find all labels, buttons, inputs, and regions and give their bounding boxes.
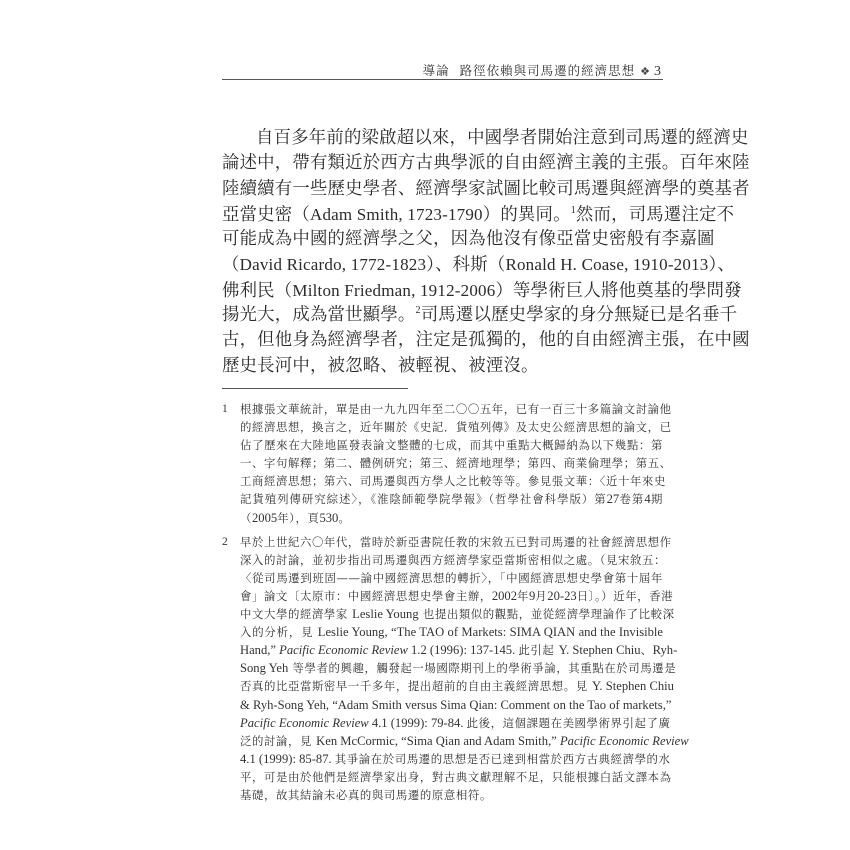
body-line: 陸續續有一些歷史學者、經濟學家試圖比較司馬遷與經濟學的奠基者	[222, 177, 663, 202]
footnote-line: Hand,” Pacific Economic Review 1.2 (1996…	[240, 641, 663, 659]
footnote-line: 中文大學的經濟學家 Leslie Young 也提出類似的觀點，並從經濟學理論作…	[240, 605, 663, 623]
footnote-divider	[222, 388, 408, 389]
footnote-line: 4.1 (1999): 85-87. 其爭論在於司馬遷的思想是否已達到相當於西方…	[240, 750, 663, 768]
footnote-number: 1	[222, 400, 228, 418]
body-line: 佛利民（Milton Friedman, 1912-2006）等學術巨人將他奠基…	[222, 278, 663, 303]
footnote-line: 早於上世紀六〇年代，當時於新亞書院任教的宋敘五已對司馬遷的社會經濟思想作	[240, 533, 663, 551]
section-label: 導論	[423, 63, 450, 78]
chapter-title: 路徑依賴與司馬遷的經濟思想	[460, 63, 636, 78]
footnote-line: 工商經濟思想；第六、司馬遷與西方學人之比較等等。參見張文華：〈近十年來史	[240, 472, 663, 490]
footnote-1: 1 根據張文華統計，單是由一九九四年至二〇〇五年，已有一百三十多篇論文討論他 的…	[222, 400, 663, 527]
footnote-line: 泛的討論，見 Ken McCormic, “Sima Qian and Adam…	[240, 732, 663, 750]
body-line: 歷史長河中，被忽略、被輕視、被湮沒。	[222, 354, 663, 379]
body-line: 古，但他身為經濟學者，注定是孤獨的，他的自由經濟主張，在中國	[222, 328, 663, 353]
body-line: 論述中，帶有類近於西方古典學派的自由經濟主義的主張。百年來陸	[222, 151, 663, 176]
footnote-line: 否真的比亞當斯密早一千多年，提出超前的自由主義經濟思想。見 Y. Stephen…	[240, 677, 663, 695]
footnote-line: 根據張文華統計，單是由一九九四年至二〇〇五年，已有一百三十多篇論文討論他	[240, 400, 663, 418]
footnote-line: 會」論文〔太原市：中國經濟思想史學會主辦，2002年9月20-23日〕。）近年，…	[240, 587, 663, 605]
body-line: 揚光大，成為當世顯學。2司馬遷以歷史學家的身分無疑已是名垂千	[222, 303, 663, 328]
footnote-line: （2005年），頁530。	[240, 509, 663, 527]
header-rule	[222, 79, 663, 80]
footnote-2: 2 早於上世紀六〇年代，當時於新亞書院任教的宋敘五已對司馬遷的社會經濟思想作 深…	[222, 533, 663, 804]
footnote-line: 深入的討論，並初步指出司馬遷與西方經濟學家亞當斯密相似之處。（見宋敘五：	[240, 551, 663, 569]
body-line: （David Ricardo, 1772-1823）、科斯（Ronald H. …	[222, 252, 663, 277]
footnote-line: 一、字句解釋；第二、體例研究；第三、經濟地理學；第四、商業倫理學；第五、	[240, 454, 663, 472]
footnote-line: 入的分析，見 Leslie Young, “The TAO of Markets…	[240, 623, 663, 641]
footnote-line: 基礎，故其結論未必真的與司馬遷的原意相符。	[240, 786, 663, 804]
footnote-line: Song Yeh 等學者的興趣，觸發起一場國際期刊上的學術爭論，其重點在於司馬遷…	[240, 659, 663, 677]
book-page: 導論路徑依賴與司馬遷的經濟思想❖3 自百多年前的梁啟超以來，中國學者開始注意到司…	[0, 0, 850, 850]
running-head: 導論路徑依賴與司馬遷的經濟思想❖3	[222, 61, 662, 77]
body-line: 自百多年前的梁啟超以來，中國學者開始注意到司馬遷的經濟史	[222, 126, 663, 151]
footnote-line: 記貨殖列傳研究綜述〉，《淮陰師範學院學報》（哲學社會科學版）第27卷第4期	[240, 490, 663, 508]
footnote-line: 平，可是由於他們是經濟學家出身，對古典文獻理解不足，只能根據白話文譯本為	[240, 768, 663, 786]
body-paragraph: 自百多年前的梁啟超以來，中國學者開始注意到司馬遷的經濟史 論述中，帶有類近於西方…	[222, 126, 663, 379]
footnote-line: & Ryh-Song Yeh, “Adam Smith versus Sima …	[240, 696, 663, 714]
body-line: 亞當史密（Adam Smith, 1723-1790）的異同。1然而，司馬遷注定…	[222, 202, 663, 227]
footnote-line: 〈從司馬遷到班固——論中國經濟思想的轉折〉，「中國經濟思想史學會第十屆年	[240, 569, 663, 587]
footnote-line: Pacific Economic Review 4.1 (1999): 79-8…	[240, 714, 663, 732]
page-number: 3	[654, 64, 662, 79]
footnotes: 1 根據張文華統計，單是由一九九四年至二〇〇五年，已有一百三十多篇論文討論他 的…	[222, 400, 663, 804]
footnote-number: 2	[222, 533, 228, 551]
footnote-line: 佔了歷來在大陸地區發表論文整體的七成，而其中重點大概歸納為以下幾點：第	[240, 436, 663, 454]
ornament-icon: ❖	[640, 65, 651, 78]
footnote-line: 的經濟思想，換言之，近年關於《史記．貨殖列傳》及太史公經濟思想的論文，已	[240, 418, 663, 436]
body-line: 可能成為中國的經濟學之父，因為他沒有像亞當史密般有李嘉圖	[222, 227, 663, 252]
